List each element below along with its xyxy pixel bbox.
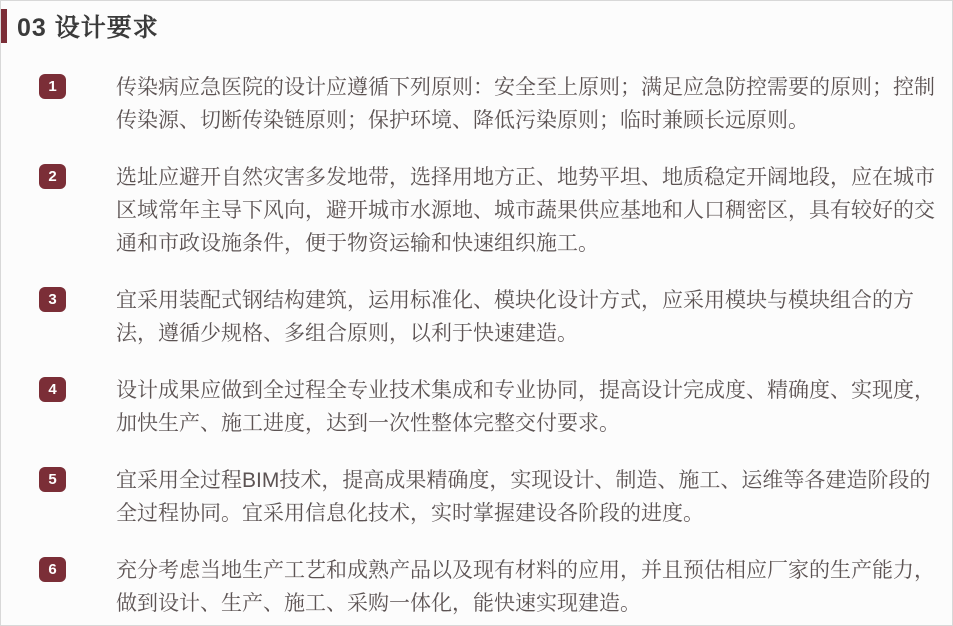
item-text: 充分考虑当地生产工艺和成熟产品以及现有材料的应用，并且预估相应厂家的生产能力，做… [116, 554, 938, 620]
requirements-list: 1 传染病应急医院的设计应遵循下列原则：安全至上原则；满足应急防控需要的原则；控… [1, 71, 952, 620]
item-text: 选址应避开自然灾害多发地带，选择用地方正、地势平坦、地质稳定开阔地段，应在城市区… [116, 161, 938, 260]
item-text: 宜采用全过程BIM技术，提高成果精确度，实现设计、制造、施工、运维等各建造阶段的… [116, 464, 938, 530]
item-number-badge: 2 [39, 164, 66, 189]
list-item: 2 选址应避开自然灾害多发地带，选择用地方正、地势平坦、地质稳定开阔地段，应在城… [1, 161, 952, 260]
slide-page: 03 设计要求 1 传染病应急医院的设计应遵循下列原则：安全至上原则；满足应急防… [0, 0, 953, 626]
page-title: 03 设计要求 [17, 8, 159, 44]
list-item: 3 宜采用装配式钢结构建筑，运用标准化、模块化设计方式，应采用模块与模块组合的方… [1, 284, 952, 350]
list-item: 5 宜采用全过程BIM技术，提高成果精确度，实现设计、制造、施工、运维等各建造阶… [1, 464, 952, 530]
item-number-badge: 3 [39, 287, 66, 312]
list-item: 4 设计成果应做到全过程全专业技术集成和专业协同，提高设计完成度、精确度、实现度… [1, 374, 952, 440]
list-item: 6 充分考虑当地生产工艺和成熟产品以及现有材料的应用，并且预估相应厂家的生产能力… [1, 554, 952, 620]
item-number-badge: 6 [39, 557, 66, 582]
item-number-badge: 1 [39, 74, 66, 99]
title-section: 03 设计要求 [1, 7, 952, 45]
title-accent-bar [1, 9, 7, 43]
item-text: 设计成果应做到全过程全专业技术集成和专业协同，提高设计完成度、精确度、实现度，加… [116, 374, 938, 440]
item-text: 传染病应急医院的设计应遵循下列原则：安全至上原则；满足应急防控需要的原则；控制传… [116, 71, 938, 137]
item-number-badge: 4 [39, 377, 66, 402]
item-number-badge: 5 [39, 467, 66, 492]
list-item: 1 传染病应急医院的设计应遵循下列原则：安全至上原则；满足应急防控需要的原则；控… [1, 71, 952, 137]
item-text: 宜采用装配式钢结构建筑，运用标准化、模块化设计方式，应采用模块与模块组合的方法，… [116, 284, 938, 350]
